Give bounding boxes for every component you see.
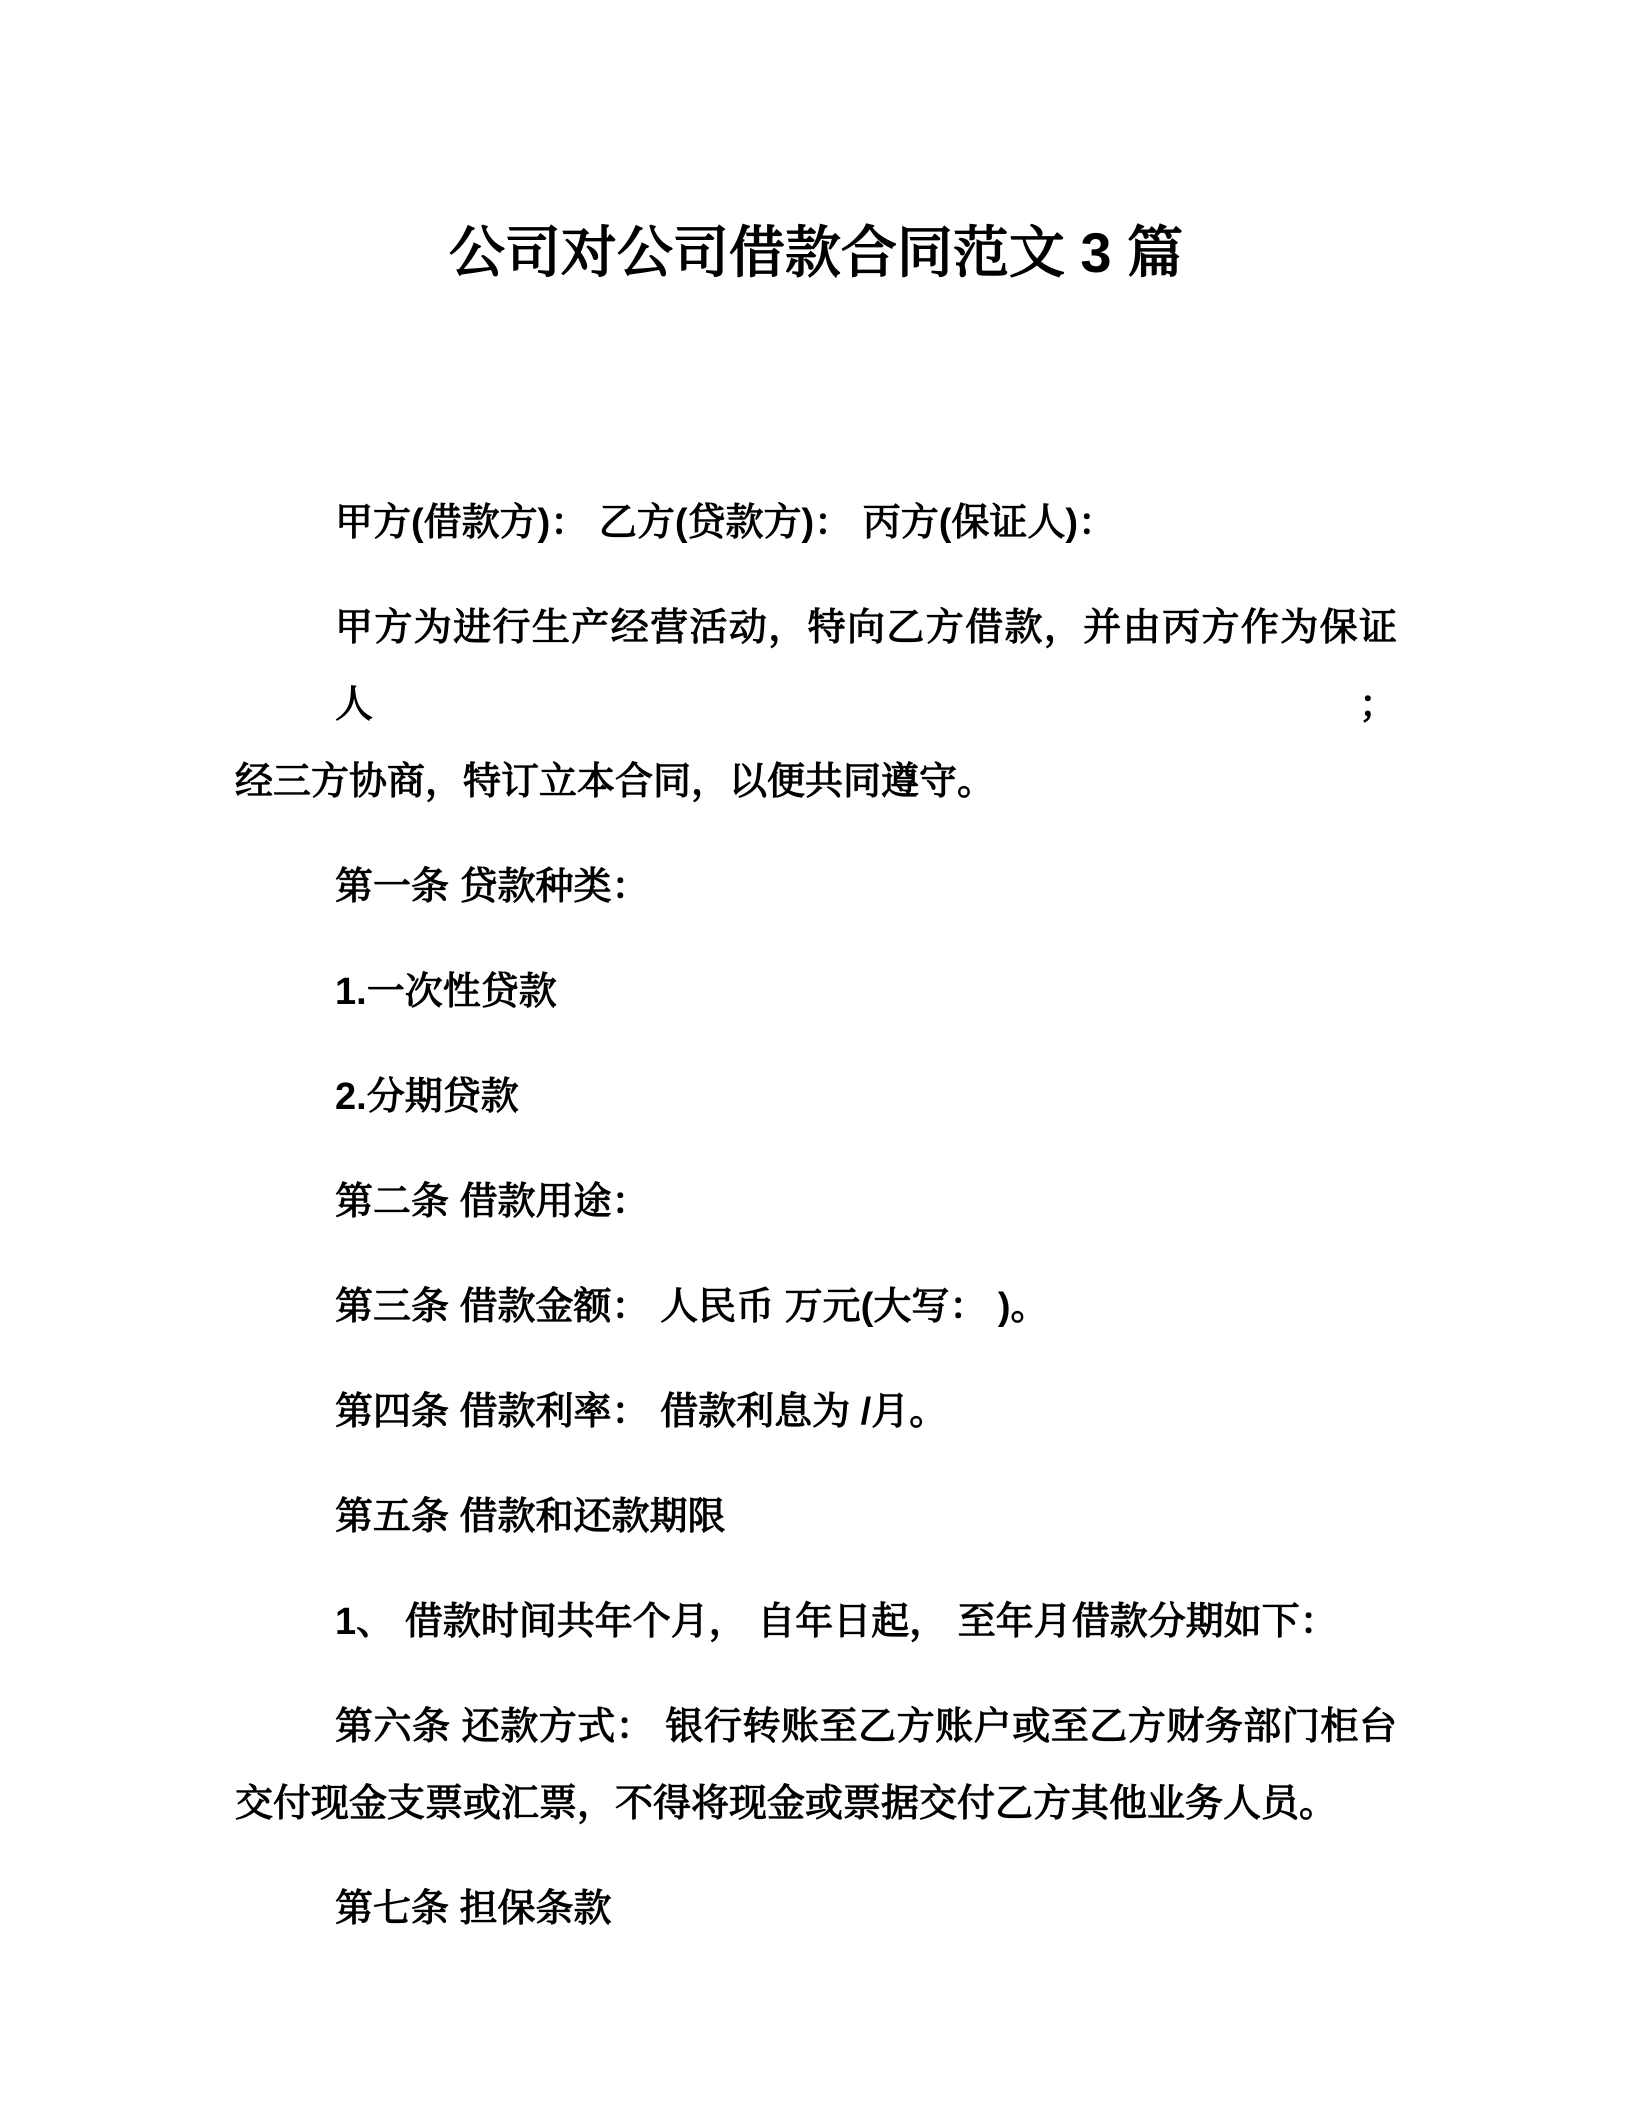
document-content: 公司对公司借款合同范文 3 篇 甲方(借款方)： 乙方(贷款方)： 丙方(保证人…: [0, 0, 1632, 1948]
paragraph-article-7: 第七条 担保条款: [235, 1871, 1397, 1948]
paragraph-article-1: 第一条 贷款种类：: [235, 849, 1397, 926]
paragraph-article-5: 第五条 借款和还款期限: [235, 1479, 1397, 1556]
document-page: 公司对公司借款合同范文 3 篇 甲方(借款方)： 乙方(贷款方)： 丙方(保证人…: [0, 0, 1632, 2112]
paragraph-line: 2.分期贷款: [235, 1059, 1397, 1136]
paragraph-loan-type-1: 1.一次性贷款: [235, 954, 1397, 1031]
paragraph-line: 第一条 贷款种类：: [235, 849, 1397, 926]
paragraph-article-3: 第三条 借款金额： 人民币 万元(大写： )。: [235, 1269, 1397, 1346]
paragraph-line: 第七条 担保条款: [235, 1871, 1397, 1948]
paragraph-parties: 甲方(借款方)： 乙方(贷款方)： 丙方(保证人)：: [235, 485, 1397, 562]
paragraph-line: 甲方(借款方)： 乙方(贷款方)： 丙方(保证人)：: [235, 485, 1397, 562]
document-title: 公司对公司借款合同范文 3 篇: [235, 210, 1397, 296]
paragraph-line: 经三方协商，特订立本合同，以便共同遵守。: [235, 744, 1397, 821]
paragraph-line: 1.一次性贷款: [235, 954, 1397, 1031]
paragraph-preamble: 甲方为进行生产经营活动，特向乙方借款，并由丙方作为保证人； 经三方协商，特订立本…: [235, 590, 1397, 821]
paragraph-loan-type-2: 2.分期贷款: [235, 1059, 1397, 1136]
paragraph-line: 1、 借款时间共年个月， 自年日起， 至年月借款分期如下：: [235, 1584, 1397, 1661]
paragraph-article-2: 第二条 借款用途：: [235, 1164, 1397, 1241]
paragraph-line: 第四条 借款利率： 借款利息为 /月。: [235, 1374, 1397, 1451]
paragraph-line: 第六条 还款方式： 银行转账至乙方账户或至乙方财务部门柜台: [235, 1689, 1397, 1766]
paragraph-article-4: 第四条 借款利率： 借款利息为 /月。: [235, 1374, 1397, 1451]
paragraph-line: 第二条 借款用途：: [235, 1164, 1397, 1241]
paragraph-loan-term-item-1: 1、 借款时间共年个月， 自年日起， 至年月借款分期如下：: [235, 1584, 1397, 1661]
paragraph-line: 第三条 借款金额： 人民币 万元(大写： )。: [235, 1269, 1397, 1346]
paragraph-line: 交付现金支票或汇票，不得将现金或票据交付乙方其他业务人员。: [235, 1766, 1397, 1843]
paragraph-line: 甲方为进行生产经营活动，特向乙方借款，并由丙方作为保证人；: [235, 590, 1397, 744]
paragraph-line: 第五条 借款和还款期限: [235, 1479, 1397, 1556]
paragraph-article-6: 第六条 还款方式： 银行转账至乙方账户或至乙方财务部门柜台 交付现金支票或汇票，…: [235, 1689, 1397, 1843]
